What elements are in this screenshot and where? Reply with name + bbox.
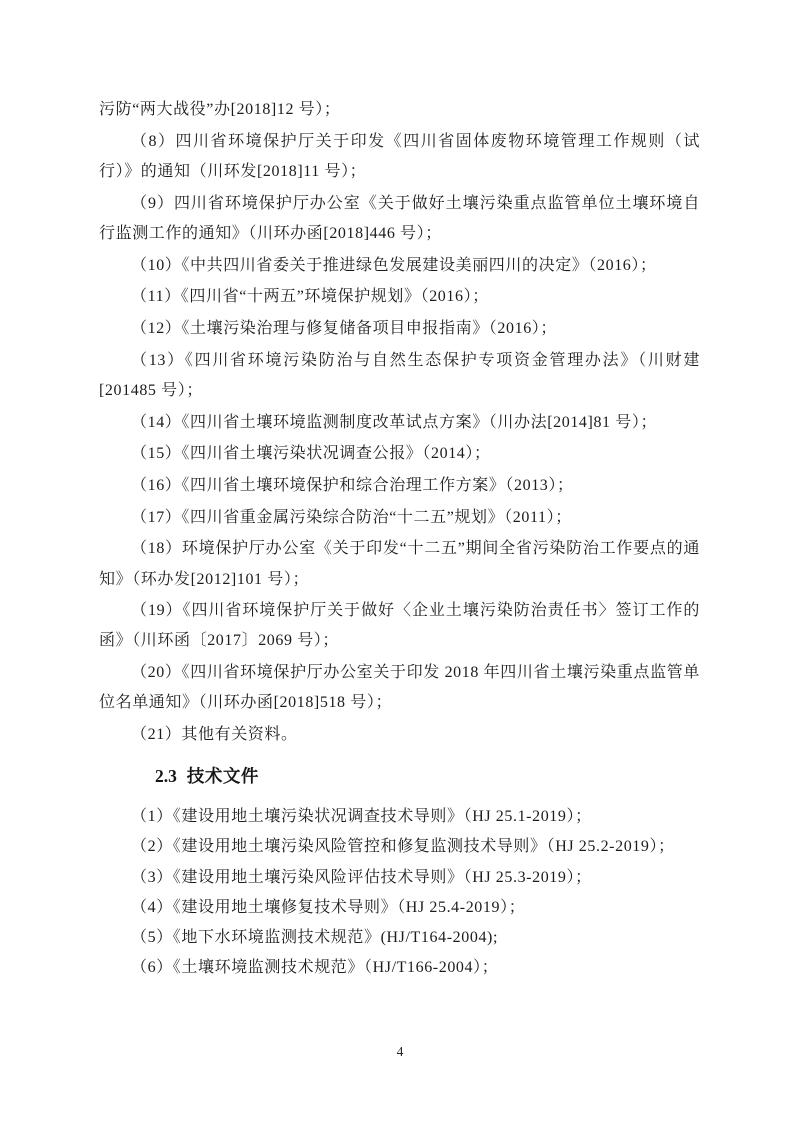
legal-item-19: （19）《四川省环境保护厅关于做好〈企业土壤污染防治责任书〉签订工作的函》（川环… <box>99 596 700 656</box>
section-heading-number: 2.3 <box>155 760 177 792</box>
page-number: 4 <box>397 1044 404 1059</box>
technical-item-5: （5）《地下水环境监测技术规范》(HJ/T164-2004); <box>99 923 700 953</box>
legal-item-21: （21）其他有关资料。 <box>99 720 700 750</box>
legal-item-17: （17）《四川省重金属污染综合防治“十二五”规划》（2011）； <box>99 503 700 533</box>
legal-item-11: （11）《四川省“十两五”环境保护规划》（2016）； <box>99 282 700 312</box>
technical-item-2: （2）《建设用地土壤污染风险管控和修复监测技术导则》（HJ 25.2-2019）… <box>99 832 700 862</box>
legal-item-10: （10）《中共四川省委关于推进绿色发展建设美丽四川的决定》（2016）； <box>99 251 700 281</box>
legal-item-8: （8）四川省环境保护厅关于印发《四川省固体废物环境管理工作规则（试行）》的通知（… <box>99 127 700 187</box>
legal-item-13: （13）《四川省环境污染防治与自然生态保护专项资金管理办法》（川财建[20148… <box>99 346 700 406</box>
legal-item-9: （9）四川省环境保护厅办公室《关于做好土壤污染重点监管单位土壤环境自行监测工作的… <box>99 189 700 249</box>
technical-item-6: （6）《土壤环境监测技术规范》（HJ/T166-2004）； <box>99 953 700 983</box>
legal-item-18: （18）环境保护厅办公室《关于印发“十二五”期间全省污染防治工作要点的通知》（环… <box>99 534 700 594</box>
legal-item-14: （14）《四川省土壤环境监测制度改革试点方案》（川办法[2014]81 号）； <box>99 408 700 438</box>
document-page: 污防“两大战役”办[2018]12 号）； （8）四川省环境保护厅关于印发《四川… <box>0 0 800 1131</box>
legal-item-16: （16）《四川省土壤环境保护和综合治理工作方案》（2013）； <box>99 471 700 501</box>
paragraph-continuation: 污防“两大战役”办[2018]12 号）； <box>99 95 700 125</box>
page-footer: 4 <box>0 1042 800 1062</box>
section-heading: 2.3技术文件 <box>99 760 700 792</box>
legal-item-12: （12）《土壤污染治理与修复储备项目申报指南》（2016）； <box>99 314 700 344</box>
technical-item-4: （4）《建设用地土壤修复技术导则》（HJ 25.4-2019）； <box>99 893 700 923</box>
section-heading-title: 技术文件 <box>187 766 259 786</box>
technical-item-3: （3）《建设用地土壤污染风险评估技术导则》（HJ 25.3-2019）； <box>99 863 700 893</box>
technical-item-1: （1）《建设用地土壤污染状况调查技术导则》（HJ 25.1-2019）； <box>99 802 700 832</box>
legal-item-20: （20）《四川省环境保护厅办公室关于印发 2018 年四川省土壤污染重点监管单位… <box>99 658 700 718</box>
document-body: 污防“两大战役”办[2018]12 号）； （8）四川省环境保护厅关于印发《四川… <box>99 95 700 983</box>
legal-item-15: （15）《四川省土壤污染状况调查公报》（2014）； <box>99 439 700 469</box>
